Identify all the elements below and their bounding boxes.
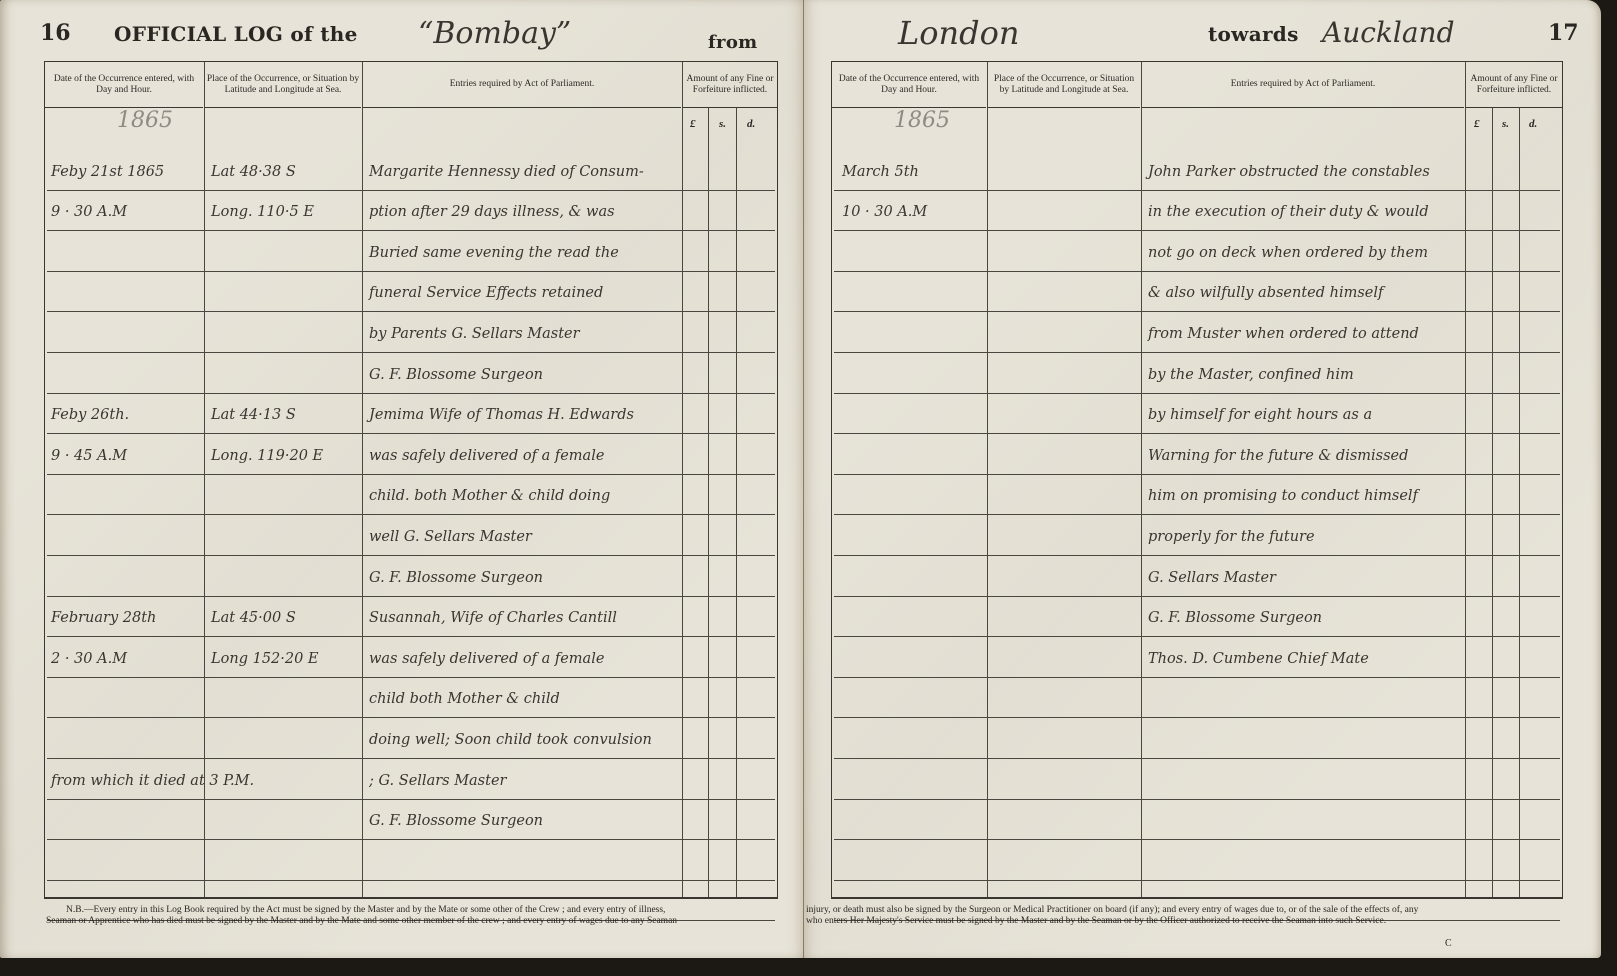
row-rule [834,311,1560,312]
pounds-label: £ [690,118,696,130]
entry-cell: G. F. Blossome Surgeon [369,367,543,383]
entry-cell: Jemima Wife of Thomas H. Edwards [369,407,634,423]
entry-cell: by the Master, confined him [1148,367,1354,383]
right-page: London towards Auckland 17 Date of the O… [804,0,1601,958]
row-rule [47,311,775,312]
entry-cell: G. F. Blossome Surgeon [1148,610,1322,626]
row-rule [47,230,775,231]
pence-label: d. [1529,118,1537,130]
row-rule [47,717,775,718]
row-rule [47,190,775,191]
column-divider [362,62,363,897]
row-rule [834,839,1560,840]
page-number: 16 [40,20,71,46]
footnote-line: Seaman or Apprentice who has died must b… [46,916,677,927]
entry-cell: him on promising to conduct himself [1148,488,1418,504]
entry-cell: Warning for the future & dismissed [1148,448,1408,464]
date-cell: 10 · 30 A.M [842,204,927,220]
shillings-label: s. [1502,118,1509,130]
row-rule [834,880,1560,881]
row-rule [834,596,1560,597]
row-rule [834,717,1560,718]
row-rule [47,271,775,272]
signature-mark: C [1445,938,1452,949]
column-header-date: Date of the Occurrence entered, with Day… [832,62,986,108]
date-cell: March 5th [842,164,919,180]
row-rule [834,433,1560,434]
date-cell: 9 · 45 A.M [51,448,127,464]
row-rule [47,474,775,475]
row-rule [834,677,1560,678]
entry-cell: doing well; Soon child took convulsion [369,732,652,748]
row-rule [47,393,775,394]
column-divider [1492,108,1493,897]
row-rule [47,636,775,637]
pounds-label: £ [1474,118,1480,130]
entry-cell: well G. Sellars Master [369,529,532,545]
left-page: 16 OFFICIAL LOG of the “Bombay” from Dat… [0,0,804,958]
place-cell: Lat 44·13 S [211,407,296,423]
entry-cell: & also wilfully absented himself [1148,285,1383,301]
column-divider [1519,108,1520,897]
entry-cell: Margarite Hennessy died of Consum- [369,164,644,180]
row-rule [47,799,775,800]
column-header-date: Date of the Occurrence entered, with Day… [45,62,203,108]
entry-cell: in the execution of their duty & would [1148,204,1429,220]
entry-cell: child. both Mother & child doing [369,488,610,504]
row-rule [834,352,1560,353]
entry-cell: Buried same evening the read the [369,245,619,261]
page-number: 17 [1548,20,1579,46]
row-rule [834,758,1560,759]
row-rule [47,677,775,678]
entry-cell: was safely delivered of a female [369,651,604,667]
column-divider [682,62,683,897]
place-cell: Long. 119·20 E [211,448,323,464]
place-cell: Long. 110·5 E [211,204,314,220]
to-port: Auckland [1322,16,1455,49]
row-rule [47,880,775,881]
year-label: 1865 [894,108,950,133]
footnote: injury, or death must also be signed by … [806,905,1418,927]
from-label: from [708,32,757,53]
row-rule [47,596,775,597]
row-rule [834,230,1560,231]
ship-name: “Bombay” [418,16,571,51]
column-divider [1465,62,1466,897]
shillings-label: s. [719,118,726,130]
row-rule [47,433,775,434]
footnote-line: who enters Her Majesty's Service must be… [806,916,1418,927]
entry-cell: ; G. Sellars Master [369,773,506,789]
column-divider [1141,62,1142,897]
entry-cell: G. Sellars Master [1148,570,1276,586]
row-rule [47,514,775,515]
date-cell: from which it died at 3 P.M. [51,773,254,789]
row-rule [834,555,1560,556]
towards-label: towards [1208,22,1299,46]
place-cell: Lat 45·00 S [211,610,296,626]
column-divider [987,62,988,897]
row-rule [47,839,775,840]
column-header-place: Place of the Occurrence, or Situation by… [205,62,361,108]
row-rule [834,271,1560,272]
place-cell: Long 152·20 E [211,651,319,667]
column-header-place: Place of the Occurrence, or Situation by… [988,62,1140,108]
from-port: London [898,14,1019,52]
column-header-fine: Amount of any Fine or Forfeiture inflict… [1466,62,1562,108]
footnote-line: injury, or death must also be signed by … [806,905,1418,916]
row-rule [834,799,1560,800]
date-cell: February 28th [51,610,156,626]
date-cell: Feby 21st 1865 [51,164,164,180]
date-cell: 2 · 30 A.M [51,651,127,667]
footnote-line: N.B.—Every entry in this Log Book requir… [46,905,677,916]
column-divider [736,108,737,897]
column-divider [204,62,205,897]
entry-cell: not go on deck when ordered by them [1148,245,1428,261]
date-cell: 9 · 30 A.M [51,204,127,220]
row-rule [47,352,775,353]
entry-cell: G. F. Blossome Surgeon [369,570,543,586]
column-header-entries: Entries required by Act of Parliament. [1142,62,1464,108]
row-rule [834,636,1560,637]
entry-cell: funeral Service Effects retained [369,285,603,301]
pence-label: d. [747,118,755,130]
row-rule [834,393,1560,394]
date-cell: Feby 26th. [51,407,129,423]
log-table: Date of the Occurrence entered, with Day… [44,61,778,899]
column-header-fine: Amount of any Fine or Forfeiture inflict… [683,62,777,108]
entry-cell: by Parents G. Sellars Master [369,326,580,342]
row-rule [834,474,1560,475]
row-rule [47,555,775,556]
column-header-entries: Entries required by Act of Parliament. [363,62,681,108]
place-cell: Lat 48·38 S [211,164,296,180]
footnote: N.B.—Every entry in this Log Book requir… [46,905,677,927]
row-rule [47,758,775,759]
entry-cell: John Parker obstructed the constables [1148,164,1430,180]
entry-cell: was safely delivered of a female [369,448,604,464]
row-rule [834,190,1560,191]
entry-cell: child both Mother & child [369,691,560,707]
entry-cell: by himself for eight hours as a [1148,407,1372,423]
year-label: 1865 [117,108,173,133]
entry-cell: G. F. Blossome Surgeon [369,813,543,829]
entry-cell: Susannah, Wife of Charles Cantill [369,610,617,626]
entry-cell: Thos. D. Cumbene Chief Mate [1148,651,1369,667]
entry-cell: ption after 29 days illness, & was [369,204,615,220]
entry-cell: properly for the future [1148,529,1315,545]
log-heading: OFFICIAL LOG of the [114,22,358,46]
entry-cell: from Muster when ordered to attend [1148,326,1419,342]
log-table: Date of the Occurrence entered, with Day… [831,61,1563,899]
column-divider [708,108,709,897]
row-rule [834,514,1560,515]
